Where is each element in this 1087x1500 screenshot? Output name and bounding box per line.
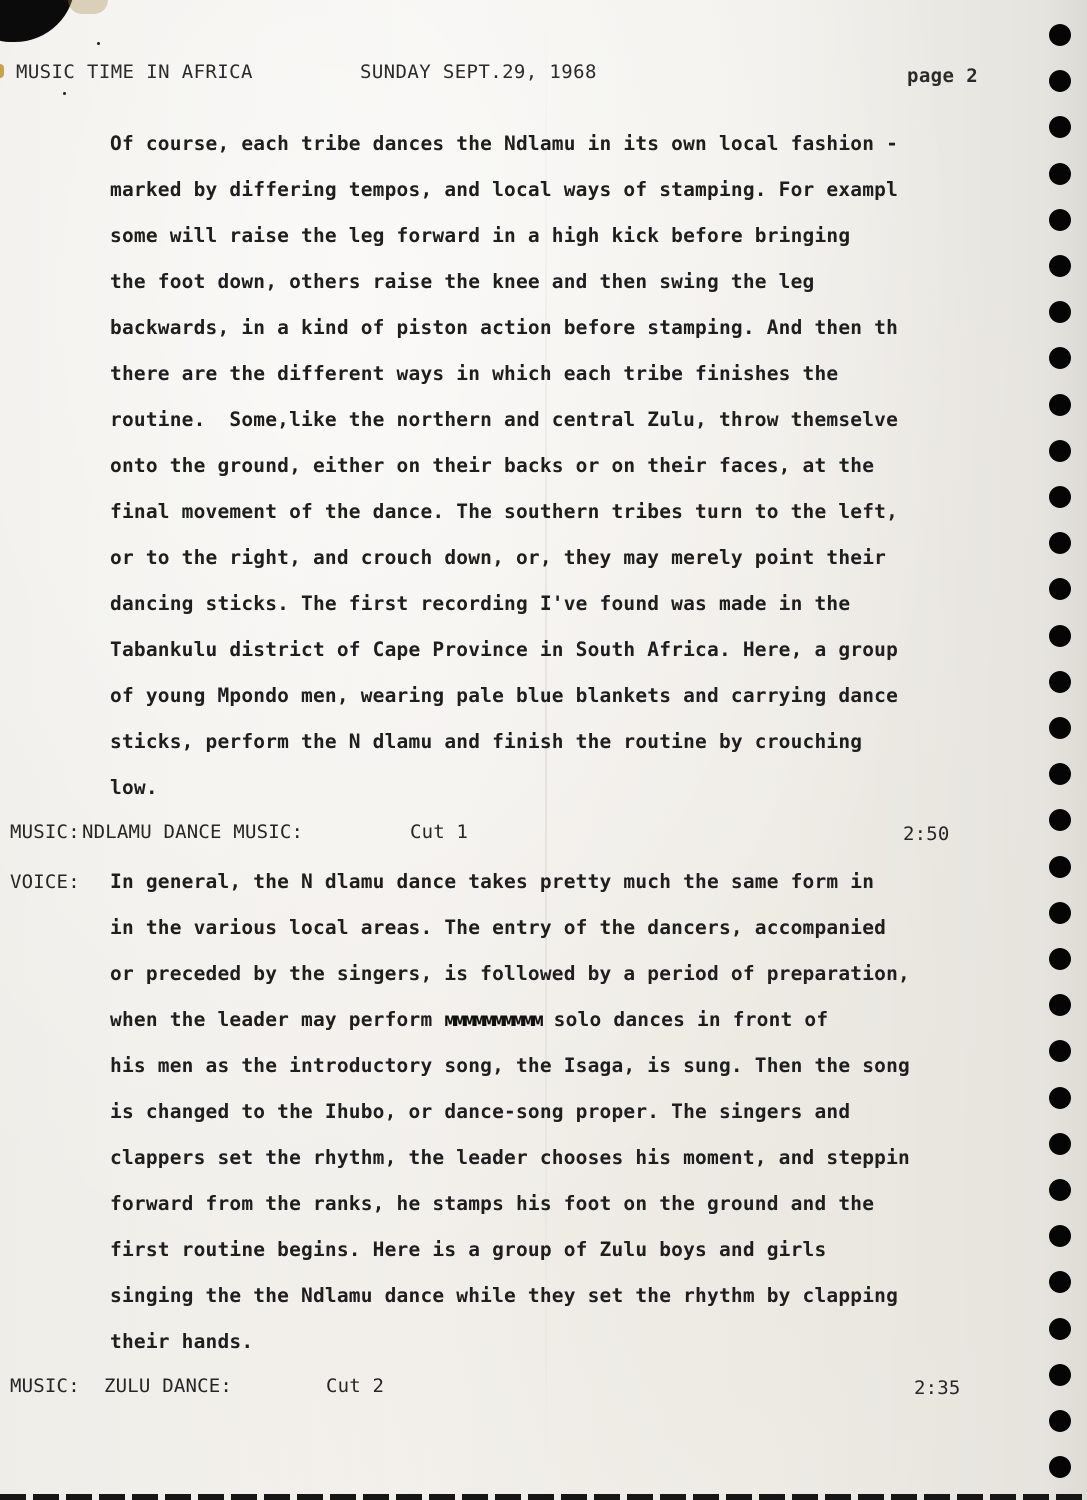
punch-hole [1049, 1456, 1071, 1478]
punch-hole [1049, 70, 1071, 92]
perforation-edge [0, 1494, 1087, 1500]
ink-speck [63, 92, 66, 95]
voice-line: their hands. [110, 1330, 253, 1354]
punch-hole [1049, 856, 1071, 878]
narration-line: sticks, perform the N dlamu and finish t… [110, 730, 862, 754]
narration-line: some will raise the leg forward in a hig… [110, 224, 850, 248]
cue-cut: Cut 1 [410, 820, 468, 844]
punch-hole [1049, 163, 1071, 185]
punch-hole [1049, 717, 1071, 739]
narration-line: marked by differing tempos, and local wa… [110, 178, 898, 202]
punch-hole [1049, 625, 1071, 647]
punch-hole [1049, 1318, 1071, 1340]
narration-line: backwards, in a kind of piston action be… [110, 316, 898, 340]
punch-hole [1049, 1040, 1071, 1062]
tractor-feed-holes [1049, 0, 1073, 1500]
cue-title: ZULU DANCE: [104, 1374, 232, 1398]
struck-out-text: мммммммммм [444, 1008, 541, 1031]
punch-hole [1049, 1179, 1071, 1201]
narration-line: Tabankulu district of Cape Province in S… [110, 638, 898, 662]
narration-line: dancing sticks. The first recording I've… [110, 592, 850, 616]
voice-line: is changed to the Ihubo, or dance-song p… [110, 1100, 850, 1124]
edge-mark [0, 64, 4, 78]
punch-hole [1049, 948, 1071, 970]
punch-hole [1049, 394, 1071, 416]
punch-hole [1049, 994, 1071, 1016]
narration-line: routine. Some,like the northern and cent… [110, 408, 898, 432]
punch-hole [1049, 255, 1071, 277]
narration-line: final movement of the dance. The souther… [110, 500, 898, 524]
narration-line: low. [110, 776, 158, 800]
voice-line-text: solo dances in front of [542, 1008, 829, 1031]
narration-line: of young Mpondo men, wearing pale blue b… [110, 684, 898, 708]
voice-line: his men as the introductory song, the Is… [110, 1054, 910, 1078]
punch-hole [1049, 1271, 1071, 1293]
ink-speck [97, 42, 100, 45]
punch-hole [1049, 1364, 1071, 1386]
punch-hole [1049, 1410, 1071, 1432]
cue-duration: 2:35 [914, 1376, 961, 1400]
punch-hole [1049, 347, 1071, 369]
punch-hole [1049, 671, 1071, 693]
cue-duration: 2:50 [903, 822, 950, 846]
cue-label: MUSIC: [10, 820, 80, 844]
voice-line: forward from the ranks, he stamps his fo… [110, 1192, 874, 1216]
narration-line: or to the right, and crouch down, or, th… [110, 546, 886, 570]
cue-cut: Cut 2 [326, 1374, 384, 1398]
broadcast-date: SUNDAY SEPT.29, 1968 [360, 60, 597, 84]
punch-hole [1049, 116, 1071, 138]
punch-hole [1049, 1087, 1071, 1109]
voice-line: or preceded by the singers, is followed … [110, 962, 910, 986]
voice-line-text: when the leader may perform [110, 1008, 444, 1031]
punch-hole [1049, 209, 1071, 231]
voice-line: In general, the N dlamu dance takes pret… [110, 870, 874, 894]
voice-label: VOICE: [10, 870, 80, 894]
punch-hole [1049, 24, 1071, 46]
voice-line: clappers set the rhythm, the leader choo… [110, 1146, 910, 1170]
punch-hole [1049, 1225, 1071, 1247]
voice-line: in the various local areas. The entry of… [110, 916, 886, 940]
punch-hole [1049, 1133, 1071, 1155]
punch-hole [1049, 809, 1071, 831]
punch-hole [1049, 763, 1071, 785]
punch-hole [1049, 486, 1071, 508]
cue-title: NDLAMU DANCE MUSIC: [82, 820, 303, 844]
voice-line: singing the the Ndlamu dance while they … [110, 1284, 898, 1308]
punch-hole [1049, 532, 1071, 554]
page-number: page 2 [907, 64, 978, 88]
narration-line: there are the different ways in which ea… [110, 362, 838, 386]
narration-line: onto the ground, either on their backs o… [110, 454, 874, 478]
narration-line: the foot down, others raise the knee and… [110, 270, 814, 294]
cue-label: MUSIC: [10, 1374, 80, 1398]
punch-hole [1049, 902, 1071, 924]
program-title: MUSIC TIME IN AFRICA [16, 60, 253, 84]
narration-line: Of course, each tribe dances the Ndlamu … [110, 132, 898, 156]
punch-hole [1049, 301, 1071, 323]
voice-line: when the leader may perform мммммммммм s… [110, 1008, 828, 1032]
punch-hole [1049, 440, 1071, 462]
punch-hole [1049, 578, 1071, 600]
voice-line: first routine begins. Here is a group of… [110, 1238, 826, 1262]
